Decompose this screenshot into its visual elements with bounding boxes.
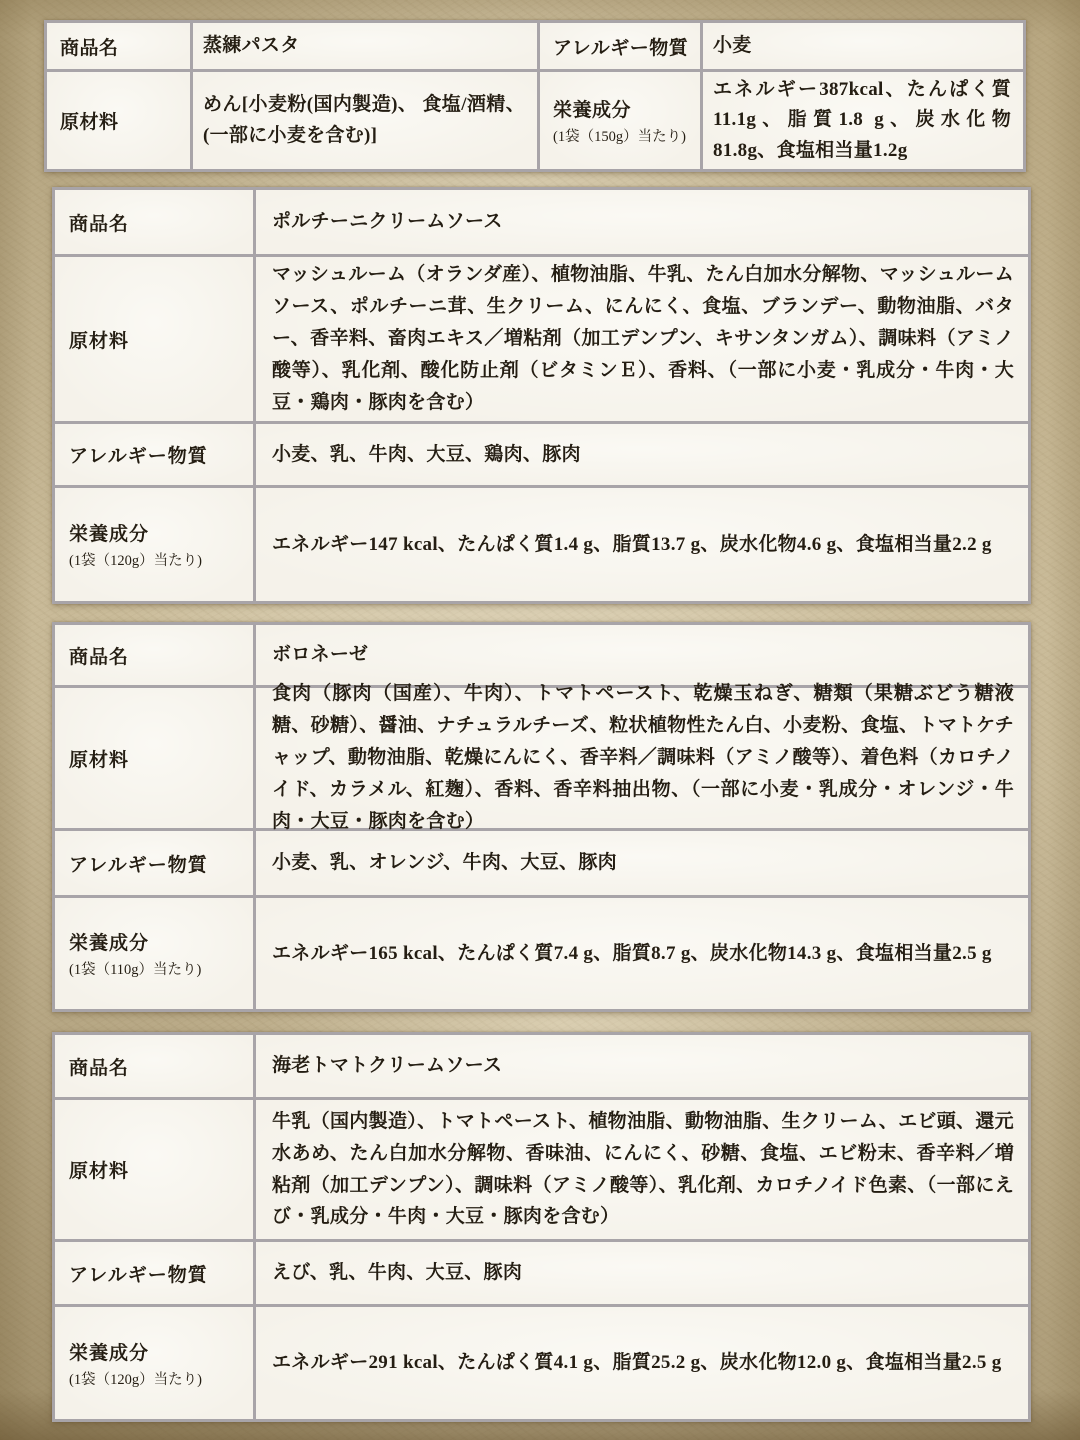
ingredients-label: 原材料 (55, 1100, 253, 1239)
ingredients-label: 原材料 (47, 72, 190, 169)
allergens-label: アレルギー物質 (55, 1242, 253, 1304)
product-name-value: 蒸練パスタ (193, 23, 537, 69)
nutrition-value: エネルギー387kcal、たんぱく質11.1g、脂質1.8 g、炭水化物 81.… (703, 72, 1023, 169)
nutrition-value: エネルギー291 kcal、たんぱく質4.1 g、脂質25.2 g、炭水化物12… (256, 1307, 1028, 1419)
nutrition-label-text: 栄養成分 (553, 95, 631, 122)
allergens-value: 小麦 (703, 23, 1023, 69)
ingredients-value: 牛乳（国内製造）、トマトペースト、植物油脂、動物油脂、生クリーム、エビ頭、還元水… (256, 1100, 1028, 1239)
nutrition-label: 栄養成分 (1袋（120g）当たり) (55, 488, 253, 601)
product-table-porcini-cream-sauce: 商品名 ポルチーニクリームソース 原材料 マッシュルーム（オランダ産）、植物油脂… (52, 187, 1031, 604)
allergens-value: 小麦、乳、オレンジ、牛肉、大豆、豚肉 (256, 831, 1028, 895)
product-name-label: 商品名 (55, 625, 253, 685)
allergens-value: えび、乳、牛肉、大豆、豚肉 (256, 1242, 1028, 1304)
allergens-label: アレルギー物質 (55, 424, 253, 485)
allergens-value: 小麦、乳、牛肉、大豆、鶏肉、豚肉 (256, 424, 1028, 485)
allergens-label: アレルギー物質 (55, 831, 253, 895)
ingredients-value: マッシュルーム（オランダ産）、植物油脂、牛乳、たん白加水分解物、マッシュルームソ… (256, 257, 1028, 421)
nutrition-label: 栄養成分 (1袋（110g）当たり) (55, 898, 253, 1009)
nutrition-label: 栄養成分 (1袋（150g）当たり) (540, 72, 700, 169)
nutrition-label-text: 栄養成分 (69, 519, 149, 546)
nutrition-serving-note: (1袋（150g）当たり) (553, 125, 686, 146)
nutrition-serving-note: (1袋（120g）当たり) (69, 549, 202, 570)
product-name-value: ポルチーニクリームソース (256, 190, 1028, 254)
nutrition-label: 栄養成分 (1袋（120g）当たり) (55, 1307, 253, 1419)
ingredients-value: 食肉（豚肉（国産）、牛肉）、トマトペースト、乾燥玉ねぎ、糖類（果糖ぶどう糖液糖、… (256, 688, 1028, 828)
product-name-label: 商品名 (47, 23, 190, 69)
nutrition-serving-note: (1袋（120g）当たり) (69, 1368, 202, 1389)
nutrition-label-text: 栄養成分 (69, 1338, 149, 1365)
allergens-label: アレルギー物質 (540, 23, 700, 69)
nutrition-label-text: 栄養成分 (69, 928, 149, 955)
ingredients-value: めん[小麦粉(国内製造)、 食塩/酒精、(一部に小麦を含む)] (193, 72, 537, 169)
label-sheet: 商品名 蒸練パスタ アレルギー物質 小麦 原材料 めん[小麦粉(国内製造)、 食… (0, 0, 1080, 1440)
product-name-value: 海老トマトクリームソース (256, 1035, 1028, 1097)
nutrition-serving-note: (1袋（110g）当たり) (69, 958, 201, 979)
product-name-label: 商品名 (55, 1035, 253, 1097)
product-name-value: ボロネーゼ (256, 625, 1028, 685)
ingredients-label: 原材料 (55, 257, 253, 421)
product-table-bolognese: 商品名 ボロネーゼ 原材料 食肉（豚肉（国産）、牛肉）、トマトペースト、乾燥玉ね… (52, 622, 1031, 1012)
nutrition-value: エネルギー165 kcal、たんぱく質7.4 g、脂質8.7 g、炭水化物14.… (256, 898, 1028, 1009)
product-table-steamed-pasta: 商品名 蒸練パスタ アレルギー物質 小麦 原材料 めん[小麦粉(国内製造)、 食… (44, 20, 1026, 172)
nutrition-value: エネルギー147 kcal、たんぱく質1.4 g、脂質13.7 g、炭水化物4.… (256, 488, 1028, 601)
product-table-shrimp-tomato-cream-sauce: 商品名 海老トマトクリームソース 原材料 牛乳（国内製造）、トマトペースト、植物… (52, 1032, 1031, 1422)
product-name-label: 商品名 (55, 190, 253, 254)
ingredients-label: 原材料 (55, 688, 253, 828)
